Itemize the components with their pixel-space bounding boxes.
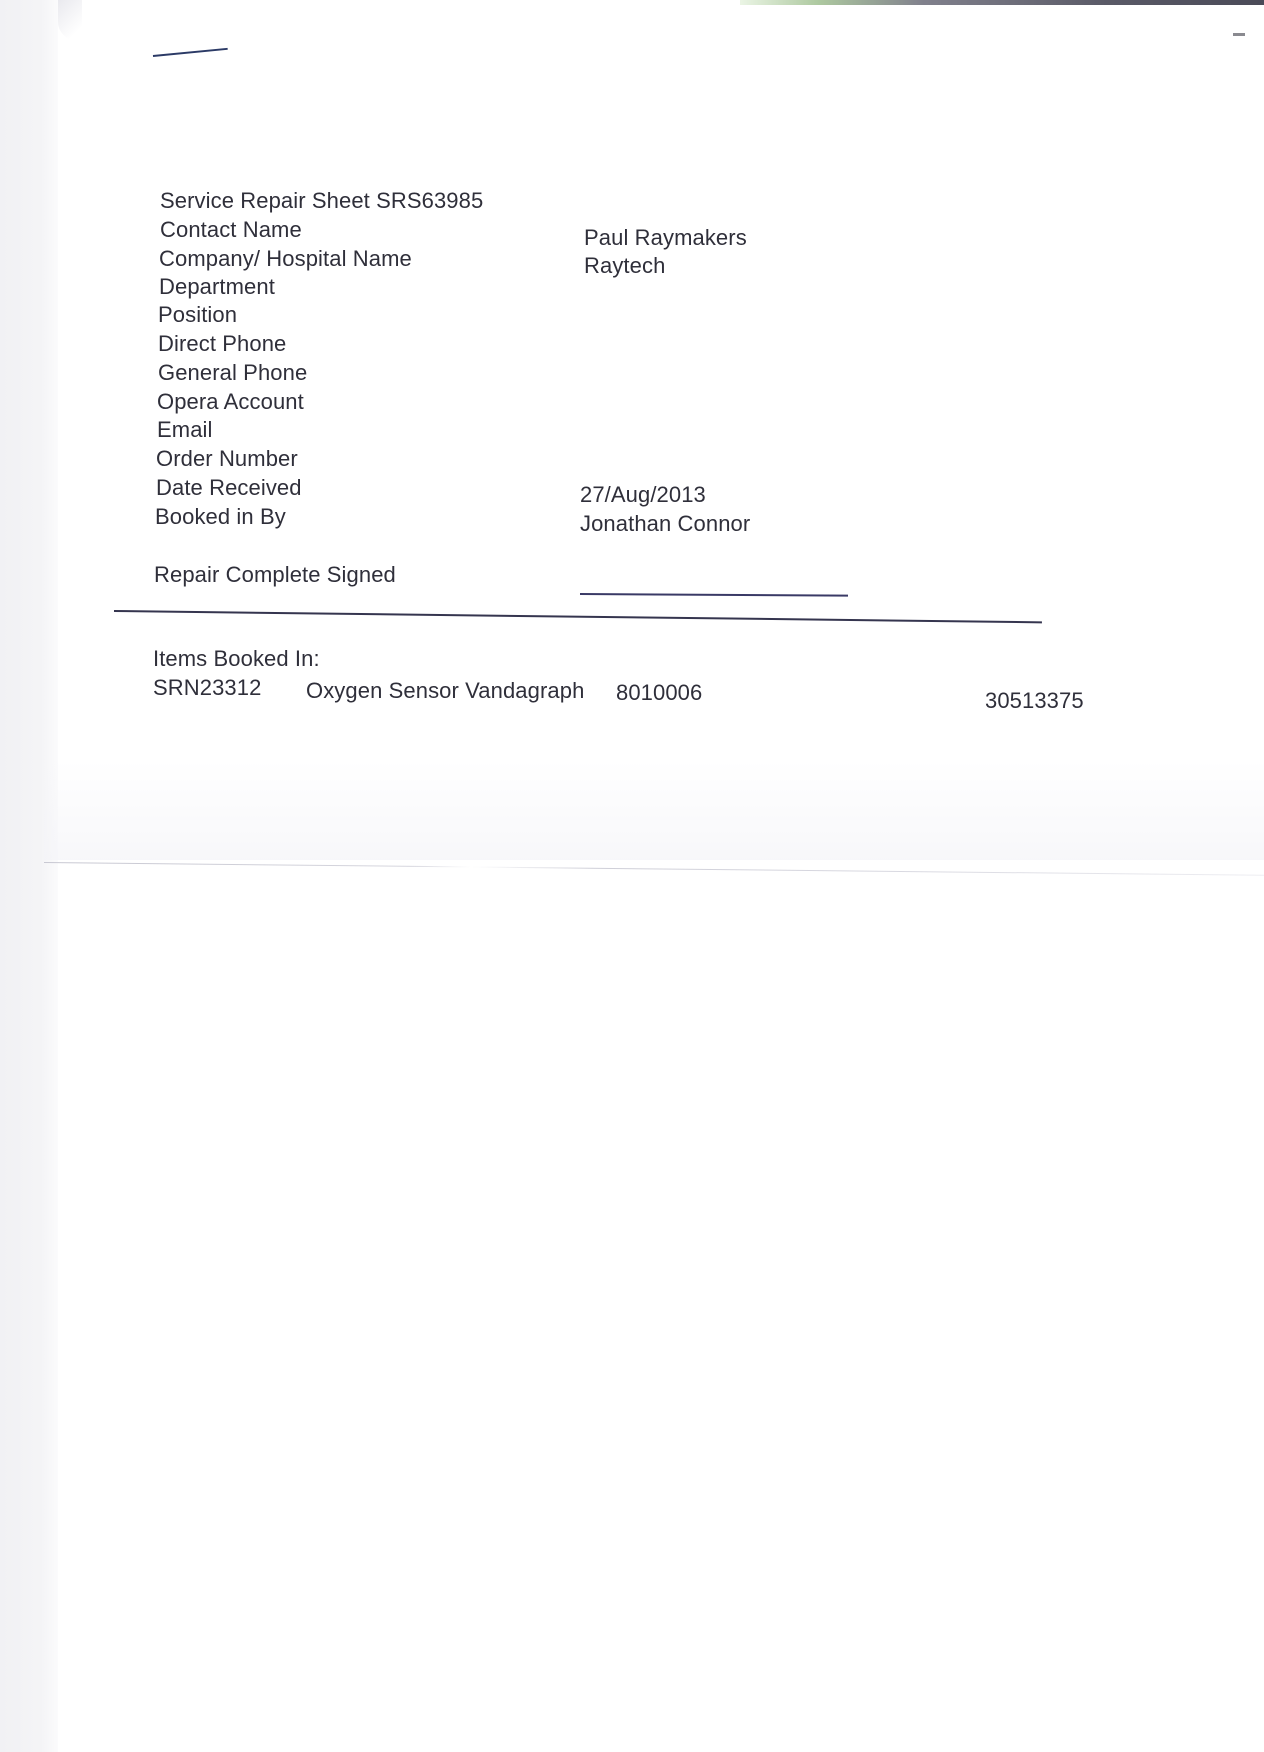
field-label-company: Company/ Hospital Name (159, 246, 412, 272)
items-heading: Items Booked In: (153, 646, 320, 672)
field-value-date-received: 27/Aug/2013 (580, 482, 706, 508)
scan-speck (1233, 33, 1245, 36)
section-divider (114, 610, 1042, 623)
item-description: Oxygen Sensor Vandagraph (306, 678, 584, 704)
field-label-opera-account: Opera Account (157, 389, 304, 415)
paper-fold-line (44, 862, 1264, 876)
field-value-contact-name: Paul Raymakers (584, 225, 747, 251)
item-srn: SRN23312 (153, 675, 261, 701)
field-label-direct-phone: Direct Phone (158, 331, 286, 357)
field-label-date-received: Date Received (156, 475, 302, 501)
item-serial: 30513375 (985, 688, 1084, 714)
field-label-email: Email (157, 417, 213, 443)
scan-folded-corner (58, 0, 82, 40)
signature-line (580, 593, 848, 597)
field-value-booked-in-by: Jonathan Connor (580, 511, 750, 537)
field-value-company: Raytech (584, 253, 665, 279)
signature-label: Repair Complete Signed (154, 562, 396, 588)
paper-fold-shadow (44, 760, 1264, 860)
field-label-booked-in-by: Booked in By (155, 504, 286, 530)
field-label-department: Department (159, 274, 275, 300)
field-label-position: Position (158, 302, 237, 328)
field-label-order-number: Order Number (156, 446, 298, 472)
scan-top-artifact (740, 0, 1264, 5)
item-part-number: 8010006 (616, 680, 702, 706)
scan-paper-edge (0, 0, 58, 1752)
pen-mark (153, 48, 228, 57)
field-label-contact-name: Contact Name (160, 217, 302, 243)
field-label-general-phone: General Phone (158, 360, 307, 386)
sheet-title: Service Repair Sheet SRS63985 (160, 188, 483, 214)
